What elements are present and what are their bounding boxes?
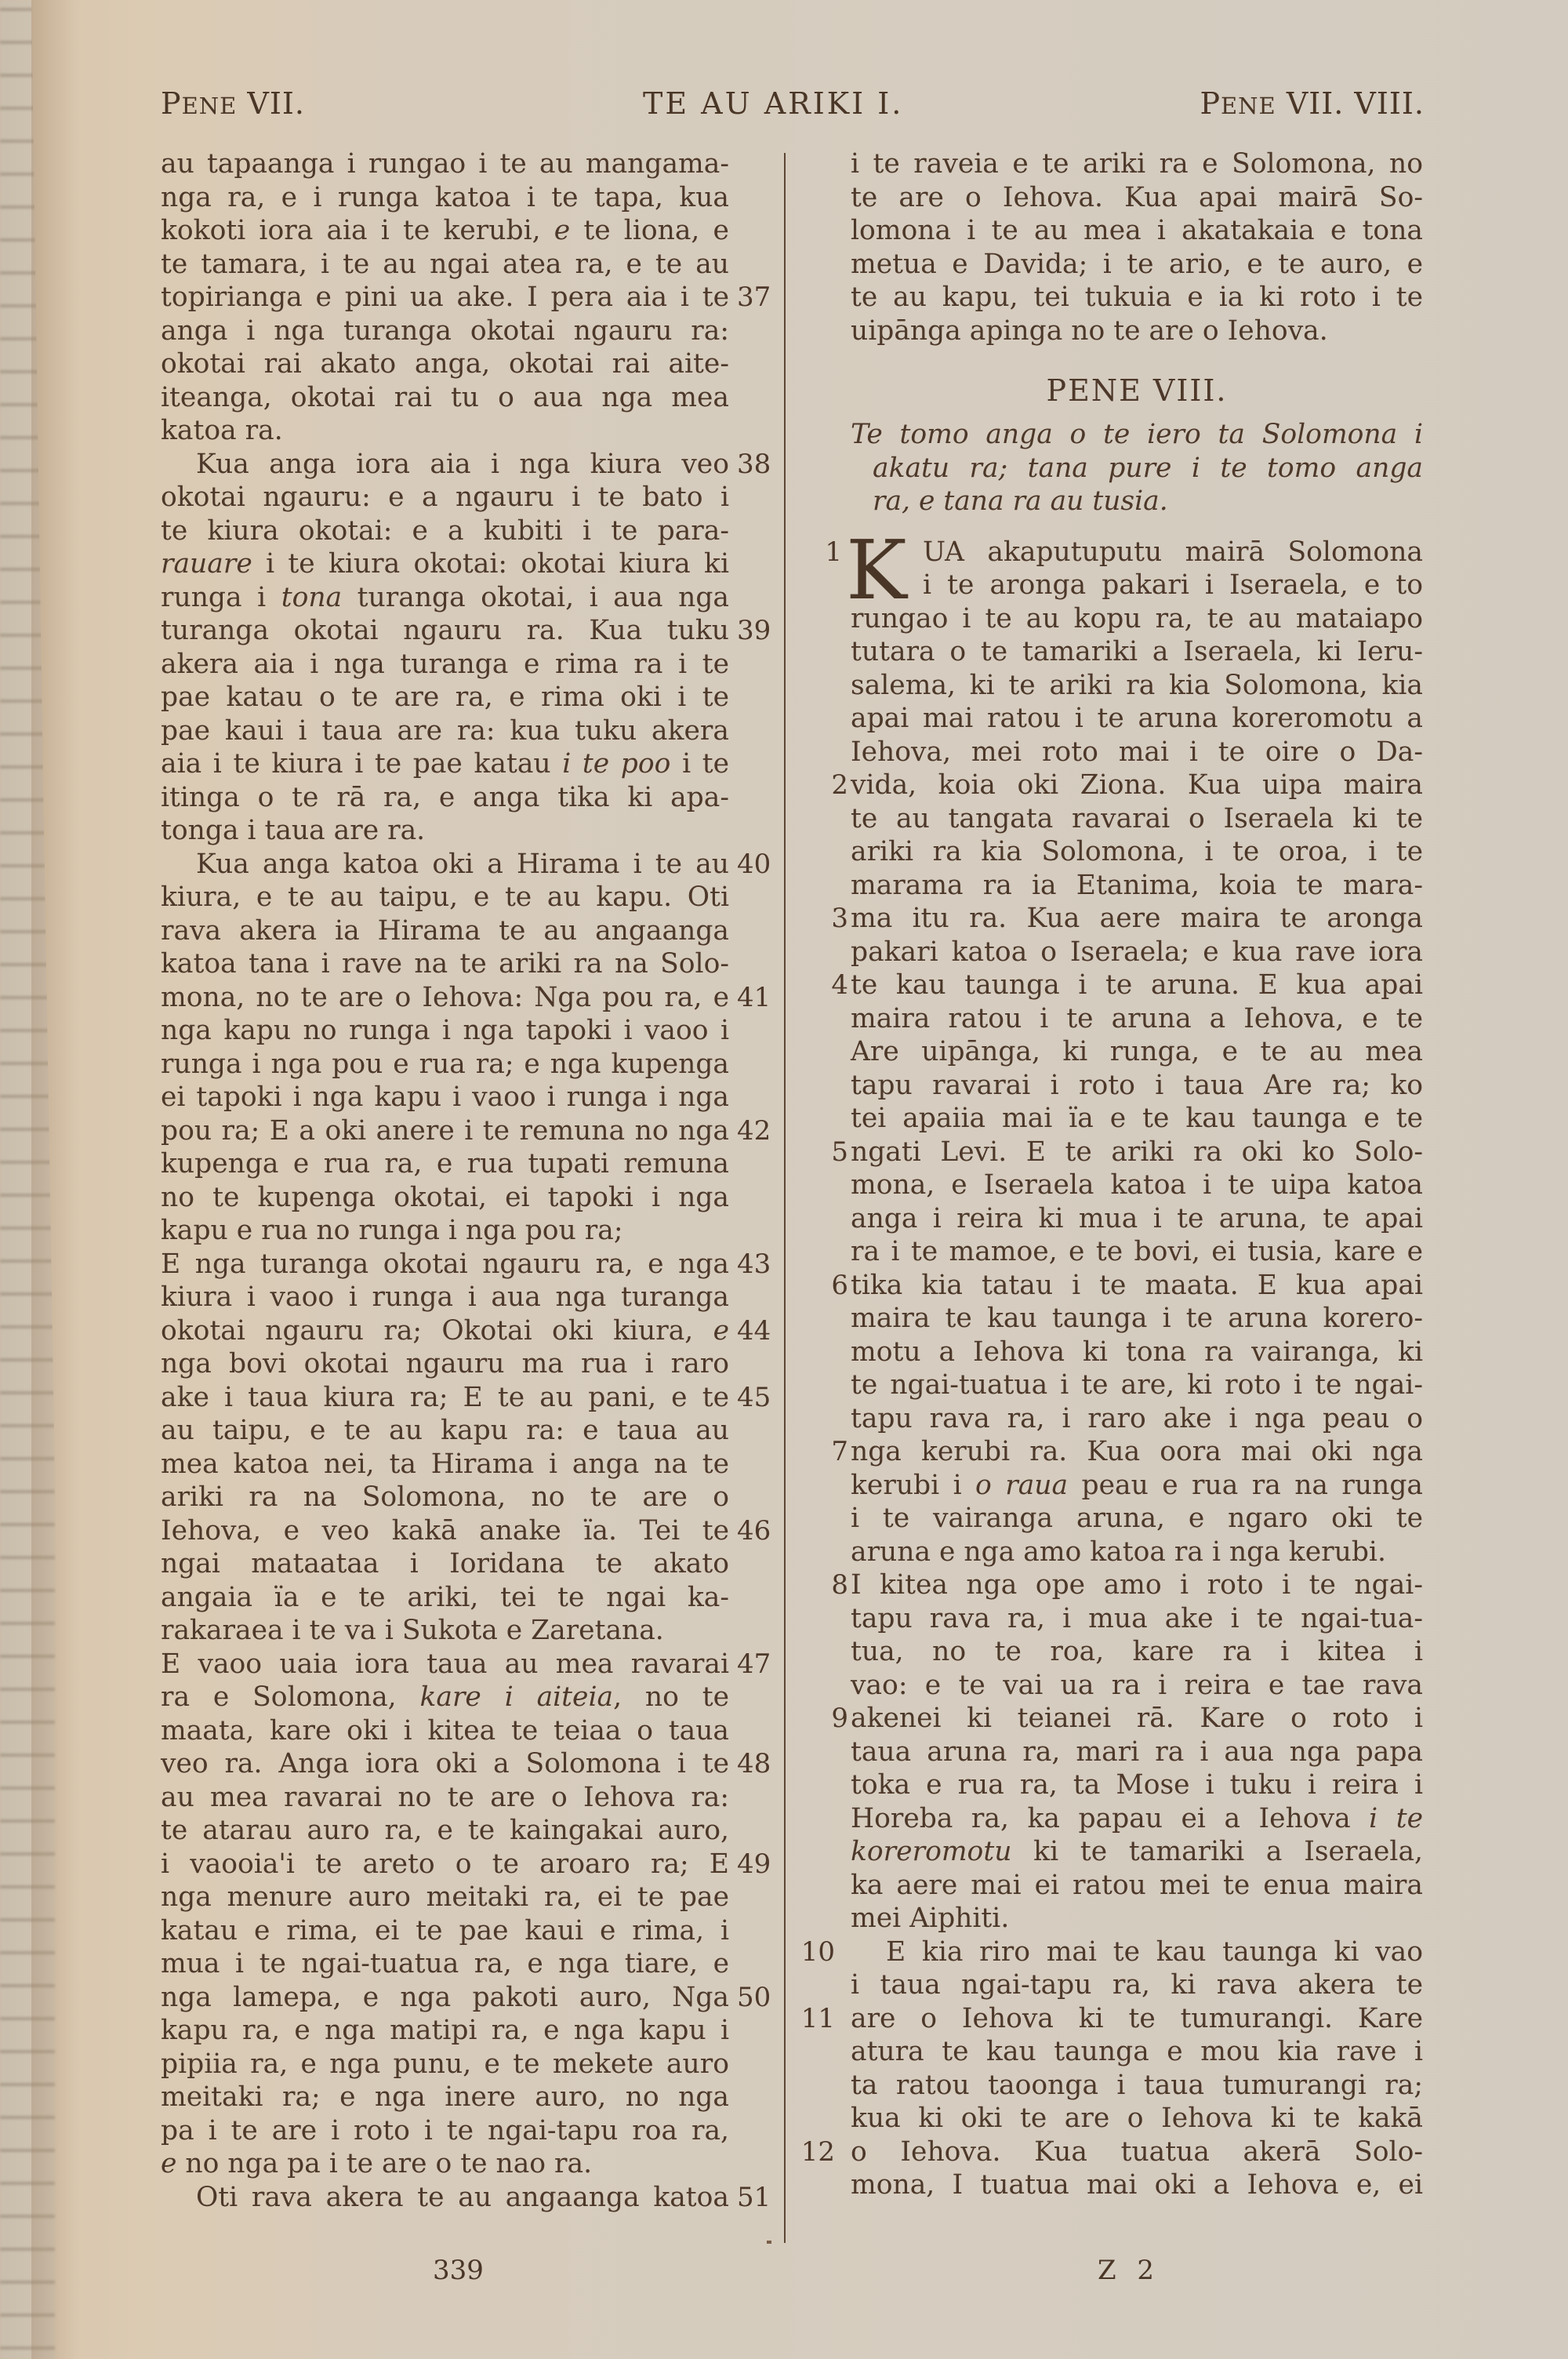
text-line: ma itu ra. Kua aere maira te aronga <box>851 902 1423 936</box>
text-line: katoa tana i rave na te ariki ra na Solo… <box>161 947 729 981</box>
text-line: kapu ra, e nga matipi ra, e nga kapu i <box>161 2014 729 2048</box>
text-line: runga i tona turanga okotai, i aua nga <box>161 581 729 615</box>
text-line: i te raveia e te ariki ra e Solomona, no <box>851 147 1423 181</box>
verse-number: 48 <box>737 1747 771 1781</box>
text-line: vao: e te vai ua ra i reira e tae rava <box>851 1669 1423 1703</box>
verse-number: 44 <box>737 1314 771 1348</box>
text-line: iteanga, okotai rai tu o aua nga mea <box>161 381 729 415</box>
text-line: Te tomo anga o te iero ta Solomona i <box>851 418 1423 452</box>
text-line: nga kapu no runga i nga tapoki i vaoo i <box>161 1014 729 1048</box>
verse-number: 47 <box>737 1648 771 1681</box>
verse-number: 40 <box>737 848 771 881</box>
text-line: pou ra; E a oki anere i te remuna no nga <box>161 1114 729 1148</box>
text-line: topirianga e pini ua ake. I pera aia i t… <box>161 281 729 314</box>
printers-mark <box>767 2241 771 2244</box>
text-line: okotai ngauru: e a ngauru i te bato i <box>161 481 729 514</box>
text-line: I kitea nga ope amo i roto i te ngai- <box>851 1568 1423 1602</box>
text-line: ra e Solomona, kare i aiteia, no te <box>161 1681 729 1714</box>
text-line: turanga okotai ngauru ra. Kua tuku <box>161 614 729 648</box>
text-line: te atarau auro ra, e te kaingakai auro, <box>161 1814 729 1848</box>
text-line: katoa ra. <box>161 414 729 448</box>
verse-number: 2 <box>809 769 848 802</box>
text-line: lomona i te au mea i akatakaia e tona <box>851 214 1423 248</box>
text-line: e no nga pa i te are o te nao ra. <box>161 2147 729 2181</box>
text-line: toka e rua ra, ta Mose i tuku i reira i <box>851 1768 1423 1802</box>
verse-number: 49 <box>737 1848 771 1881</box>
verse-number: 12 <box>796 2135 835 2169</box>
text-line: kapu e rua no runga i nga pou ra; <box>161 1214 729 1248</box>
verse-number: 7 <box>809 1435 848 1469</box>
text-line: kupenga e rua ra, e rua tupati remuna <box>161 1147 729 1181</box>
text-line: akera aia i nga turanga e rima ra i te <box>161 648 729 682</box>
text-line: Horeba ra, ka papau ei a Iehova i te <box>851 1802 1423 1836</box>
text-line: metua e Davida; i te ario, e te auro, e <box>851 248 1423 282</box>
chapter-opening: 1 K UA akaputuputu mairā Solomona i te a… <box>851 536 1423 602</box>
text-line: nga ra, e i runga katoa i te tapa, kua <box>161 181 729 215</box>
text-line: are o Iehova ki te tumurangi. Kare <box>851 2002 1423 2036</box>
text-line: uipānga apinga no te are o Iehova. <box>851 314 1423 348</box>
text-line: rava akera ia Hirama te au angaanga <box>161 914 729 948</box>
text-line: veo ra. Anga iora oki a Solomona i te <box>161 1747 729 1781</box>
text-line: motu a Iehova ki tona ra vairanga, ki <box>851 1336 1423 1369</box>
text-line: E nga turanga okotai ngauru ra, e nga <box>161 1248 729 1281</box>
text-line: ariki ra kia Solomona, i te oroa, i te <box>851 835 1423 869</box>
text-line: anga i reira ki mua i te aruna, te apai <box>851 1202 1423 1236</box>
text-line: mona, I tuatua mai oki a Iehova e, ei <box>851 2168 1423 2202</box>
running-head-right: PENE VII. VIII. <box>1200 85 1425 125</box>
text-line: pae katau o te are ra, e rima oki i te <box>161 681 729 714</box>
text-line: runga i nga pou e rua ra; e nga kupenga <box>161 1048 729 1081</box>
text-line: kiura, e te au taipu, e te au kapu. Oti <box>161 881 729 914</box>
text-line: rungao i te au kopu ra, te au mataiapo <box>851 602 1423 636</box>
verse-number: 46 <box>737 1514 771 1548</box>
text-line: atura te kau taunga e mou kia rave i <box>851 2035 1423 2069</box>
verse-number: 42 <box>737 1114 771 1148</box>
text-line: pakari katoa o Iseraela; e kua rave iora <box>851 936 1423 969</box>
verse-number: 4 <box>809 969 848 1002</box>
text-line: maata, kare oki i kitea te teiaa o taua <box>161 1714 729 1748</box>
text-line: aruna e nga amo katoa ra i nga kerubi. <box>851 1536 1423 1569</box>
text-line: vida, koia oki Ziona. Kua uipa maira <box>851 769 1423 802</box>
verse-number: 3 <box>809 902 848 936</box>
text-line: akenei ki teianei rā. Kare o roto i <box>851 1702 1423 1736</box>
text-line: kiura i vaoo i runga i aua nga turanga <box>161 1281 729 1314</box>
text-line: mei Aiphiti. <box>851 1902 1423 1936</box>
text-line: kua ki oki te are o Iehova ki te kakā <box>851 2102 1423 2135</box>
text-line: i taua ngai-tapu ra, ki rava akera te <box>851 1968 1423 2002</box>
verse-number: 8 <box>809 1568 848 1602</box>
text-line: ake i taua kiura ra; E te au pani, e te <box>161 1381 729 1415</box>
text-line: tua, no te roa, kare ra i kitea i <box>851 1635 1423 1669</box>
text-line: au mea ravarai no te are o Iehova ra: <box>161 1781 729 1815</box>
text-line: Kua anga iora aia i nga kiura veo <box>161 448 729 482</box>
text-line: i vaooia'i te areto o te aroaro ra; E <box>161 1848 729 1881</box>
text-line: pae kaui i taua are ra: kua tuku akera <box>161 714 729 748</box>
chapter-summary: Te tomo anga o te iero ta Solomona iakat… <box>851 418 1423 518</box>
text-line: te kau taunga i te aruna. E kua apai <box>851 969 1423 1002</box>
text-line: no te kupenga okotai, ei tapoki i nga <box>161 1181 729 1215</box>
text-line: tei apaiia mai ïa e te kau taunga e te <box>851 1102 1423 1136</box>
text-line: te au kapu, tei tukuia e ia ki roto i te <box>851 281 1423 314</box>
text-line: akatu ra; tana pure i te tomo anga <box>851 452 1423 485</box>
text-line: i te aronga pakari i Iseraela, e to <box>851 569 1423 602</box>
verse-number: 5 <box>809 1136 848 1169</box>
text-line: maira ratou i te aruna a Iehova, e te <box>851 1002 1423 1036</box>
text-line: katau e rima, ei te pae kaui e rima, i <box>161 1914 729 1948</box>
text-line: Iehova, mei roto mai i te oire o Da- <box>851 736 1423 769</box>
text-line: rakaraea i te va i Sukota e Zaretana. <box>161 1614 729 1648</box>
text-line: tapu rava ra, i raro ake i nga peau o <box>851 1402 1423 1436</box>
text-line: nga kerubi ra. Kua oora mai oki nga <box>851 1435 1423 1469</box>
text-line: Are uipānga, ki runga, e te au mea <box>851 1035 1423 1069</box>
text-line: kokoti iora aia i te kerubi, e te liona,… <box>161 214 729 248</box>
text-line: anga i nga turanga okotai ngauru ra: <box>161 314 729 348</box>
verse-number: 45 <box>737 1381 771 1415</box>
text-line: angaia ïa e te ariki, tei te ngai ka- <box>161 1581 729 1615</box>
text-line: maira te kau taunga i te aruna korero- <box>851 1302 1423 1336</box>
chapter-heading: PENE VIII. <box>851 363 1423 418</box>
running-head-left: PENE VII. <box>161 85 305 125</box>
text-line: rauare i te kiura okotai: okotai kiura k… <box>161 547 729 581</box>
text-line: i te vairanga aruna, e ngaro oki te <box>851 1502 1423 1536</box>
binding-shadow <box>31 0 78 2359</box>
text-line: au tapaanga i rungao i te au mangama- <box>161 147 729 181</box>
column-rule <box>784 153 786 2243</box>
text-line: Kua anga katoa oki a Hirama i te au <box>161 848 729 881</box>
chapter-vii-ending: i te raveia e te ariki ra e Solomona, no… <box>851 147 1423 347</box>
text-line: nga bovi okotai ngauru ma rua i raro <box>161 1347 729 1381</box>
text-line: te are o Iehova. Kua apai mairā So- <box>851 181 1423 215</box>
text-line: tapu ravarai i roto i taua Are ra; ko <box>851 1069 1423 1103</box>
text-line: nga menure auro meitaki ra, ei te pae <box>161 1881 729 1914</box>
verse-number: 43 <box>737 1248 771 1281</box>
left-column-text: au tapaanga i rungao i te au mangama-nga… <box>161 147 729 2214</box>
right-column-text: i te raveia e te ariki ra e Solomona, no… <box>851 147 1423 2202</box>
verse-number: 11 <box>796 2002 835 2036</box>
text-line: kerubi i o raua peau e rua ra na runga <box>851 1469 1423 1503</box>
text-line: E vaoo uaia iora taua au mea ravarai <box>161 1648 729 1681</box>
text-line: ra i te mamoe, e te bovi, ei tusia, kare… <box>851 1235 1423 1269</box>
text-line: okotai rai akato anga, okotai rai aite- <box>161 347 729 381</box>
verse-number: 37 <box>737 281 771 314</box>
verse-number: 6 <box>809 1269 848 1303</box>
text-line: taua aruna ra, mari ra i aua nga papa <box>851 1736 1423 1769</box>
verse-number: 51 <box>737 2181 771 2215</box>
text-line: mua i te ngai-tuatua ra, e nga tiare, e <box>161 1947 729 1981</box>
running-head-book-title: TE AU ARIKI I. <box>643 85 903 122</box>
text-line: o Iehova. Kua tuatua akerā Solo- <box>851 2135 1423 2169</box>
text-line: ka aere mai ei ratou mei te enua maira <box>851 1869 1423 1903</box>
text-line: tonga i taua are ra. <box>161 814 729 848</box>
text-line: ngati Levi. E te ariki ra oki ko Solo- <box>851 1136 1423 1169</box>
text-line: marama ra ia Etanima, koia te mara- <box>851 869 1423 903</box>
verse-number: 9 <box>809 1702 848 1736</box>
verse-number: 38 <box>737 448 771 482</box>
text-line: pa i te are i roto i te ngai-tapu roa ra… <box>161 2114 729 2148</box>
text-line: te kiura okotai: e a kubiti i te para- <box>161 514 729 548</box>
text-line: E kia riro mai te kau taunga ki vao <box>851 1936 1423 1969</box>
text-line: Iehova, e veo kakā anake ïa. Tei te <box>161 1514 729 1548</box>
text-line: nga lamepa, e nga pakoti auro, Nga <box>161 1981 729 2015</box>
text-line: mona, e Iseraela katoa i te uipa katoa <box>851 1169 1423 1202</box>
text-line: Oti rava akera te au angaanga katoa <box>161 2181 729 2215</box>
text-line: itinga o te rā ra, e anga tika ki apa- <box>161 781 729 815</box>
text-line: meitaki ra; e nga inere auro, no nga <box>161 2081 729 2114</box>
page-number: 339 <box>433 2255 484 2286</box>
verse-number: 41 <box>737 981 771 1015</box>
text-line: te ngai-tuatua i te are, ki roto i te ng… <box>851 1369 1423 1402</box>
text-line: koreromotu ki te tamariki a Iseraela, <box>851 1835 1423 1869</box>
text-line: au taipu, e te au kapu ra: e taua au <box>161 1414 729 1448</box>
text-line: ta ratou taoonga i taua tumurangi ra; <box>851 2069 1423 2103</box>
text-line: ei tapoki i nga kapu i vaoo i runga i ng… <box>161 1081 729 1114</box>
text-line: mea katoa nei, ta Hirama i anga na te <box>161 1448 729 1481</box>
text-line: tapu rava ra, i mua ake i te ngai-tua- <box>851 1602 1423 1636</box>
text-line: mona, no te are o Iehova: Nga pou ra, e <box>161 981 729 1015</box>
verse-number: 1 <box>809 536 842 569</box>
text-line: UA akaputuputu mairā Solomona <box>851 536 1423 569</box>
chapter-viii-verses: rungao i te au kopu ra, te au mataiapotu… <box>851 602 1423 2202</box>
text-line: pipiia ra, e nga punu, e te mekete auro <box>161 2048 729 2081</box>
text-line: okotai ngauru ra; Okotai oki kiura, e <box>161 1314 729 1348</box>
text-line: tika kia tatau i te maata. E kua apai <box>851 1269 1423 1303</box>
text-line: aia i te kiura i te pae katau i te poo i… <box>161 747 729 781</box>
verse-number: 39 <box>737 614 771 648</box>
text-line: ariki ra na Solomona, no te are o <box>161 1481 729 1514</box>
signature-mark: Z 2 <box>1098 2255 1160 2286</box>
text-line: salema, ki te ariki ra kia Solomona, kia <box>851 669 1423 703</box>
text-line: apai mai ratou i te aruna koreromotu a <box>851 702 1423 736</box>
text-line: ngai mataataa i Ioridana te akato <box>161 1547 729 1581</box>
text-line: ra, e tana ra au tusia. <box>851 485 1423 518</box>
verse-number: 10 <box>796 1936 835 1969</box>
text-line: te tamara, i te au ngai atea ra, e te au <box>161 248 729 282</box>
verse-number: 50 <box>737 1981 771 2015</box>
text-line: te au tangata ravarai o Iseraela ki te <box>851 802 1423 836</box>
text-line: tutara o te tamariki a Iseraela, ki Ieru… <box>851 635 1423 669</box>
